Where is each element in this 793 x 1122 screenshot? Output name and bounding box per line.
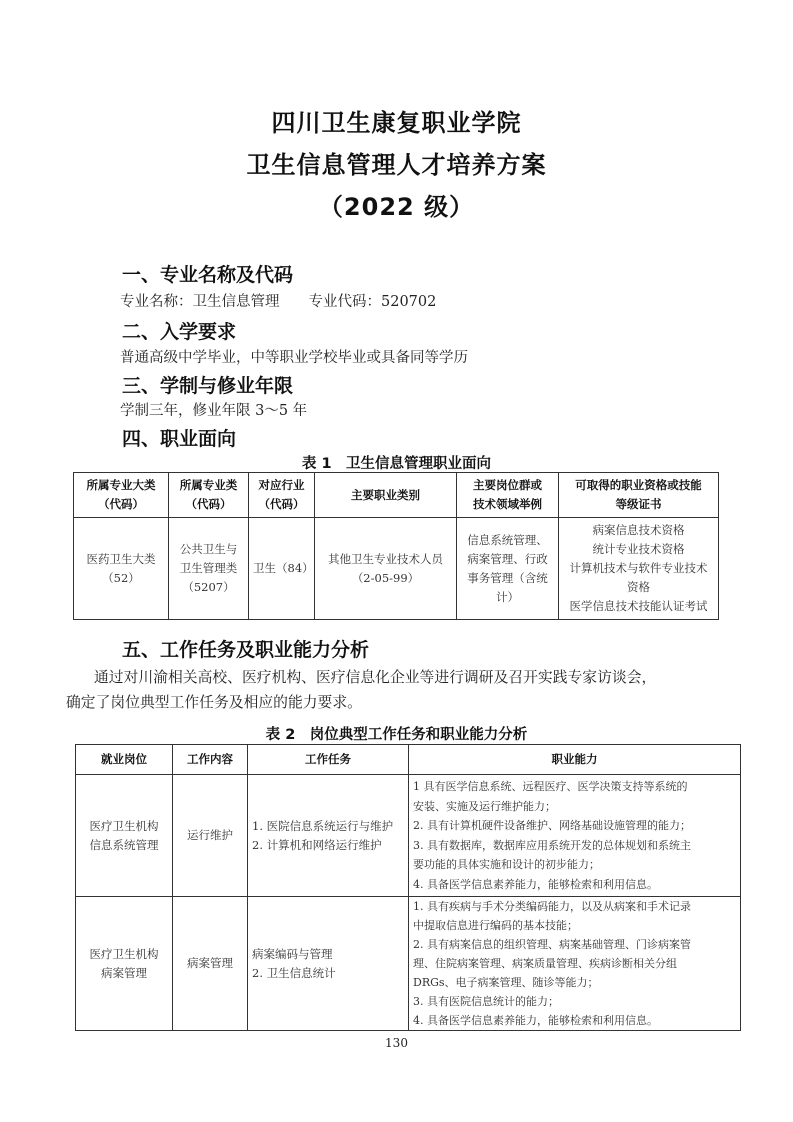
cell-certificates: 病案信息技术资格统计专业技术资格计算机技术与软件专业技术资格医学信息技术技能认证… — [559, 518, 719, 620]
table-row: 医疗卫生机构信息系统管理 运行维护 1. 医院信息系统运行与维护2. 计算机和网… — [76, 775, 741, 897]
cell-tasks: 1. 医院信息系统运行与维护2. 计算机和网络运行维护 — [248, 775, 409, 897]
document-title: 卫生信息管理人才培养方案 — [0, 145, 793, 180]
cell-tasks: 病案编码与管理2. 卫生信息统计 — [248, 897, 409, 1031]
task-ability-table: 就业岗位 工作内容 工作任务 职业能力 医疗卫生机构信息系统管理 运行维护 1.… — [75, 744, 741, 1031]
section-heading-major: 一、专业名称及代码 — [122, 260, 293, 287]
school-title: 四川卫生康复职业学院 — [0, 103, 793, 138]
grade-label: （2022 级） — [0, 187, 793, 222]
section-heading-duration: 三、学制与修业年限 — [122, 371, 293, 398]
table1-header-certificates: 可取得的职业资格或技能等级证书 — [559, 473, 719, 518]
cell-category: 医药卫生大类（52） — [74, 518, 169, 620]
table1-header-row: 所属专业大类（代码） 所属专业类（代码） 对应行业（代码） 主要职业类别 主要岗… — [74, 473, 719, 518]
table1-header-positions: 主要岗位群或技术领域举例 — [457, 473, 559, 518]
tasks-intro-line1: 通过对川渝相关高校、医疗机构、医疗信息化企业等进行调研及召开实践专家访谈会， — [94, 666, 656, 687]
table1-header-occupation: 主要职业类别 — [315, 473, 457, 518]
cell-post: 医疗卫生机构信息系统管理 — [76, 775, 173, 897]
table1-header-category: 所属专业大类（代码） — [74, 473, 169, 518]
table2-header-tasks: 工作任务 — [248, 745, 409, 775]
table1-caption: 表 1 卫生信息管理职业面向 — [0, 452, 793, 473]
cell-occupation: 其他卫生专业技术人员（2-05-99） — [315, 518, 457, 620]
table2-header-post: 就业岗位 — [76, 745, 173, 775]
table-row: 医疗卫生机构病案管理 病案管理 病案编码与管理2. 卫生信息统计 1. 具有疾病… — [76, 897, 741, 1031]
table1-header-industry: 对应行业（代码） — [249, 473, 315, 518]
section-heading-admission: 二、入学要求 — [122, 317, 236, 344]
table-row: 医药卫生大类（52） 公共卫生与卫生管理类（5207） 卫生（84） 其他卫生专… — [74, 518, 719, 620]
page-number: 130 — [0, 1036, 793, 1050]
cell-content: 运行维护 — [173, 775, 248, 897]
section-heading-career: 四、职业面向 — [122, 424, 236, 451]
cell-subcategory: 公共卫生与卫生管理类（5207） — [169, 518, 249, 620]
duration-text: 学制三年，修业年限 3～5 年 — [120, 399, 307, 420]
admission-text: 普通高级中学毕业，中等职业学校毕业或具备同等学历 — [120, 346, 468, 367]
table2-header-content: 工作内容 — [173, 745, 248, 775]
table1-header-subcategory: 所属专业类（代码） — [169, 473, 249, 518]
career-orientation-table: 所属专业大类（代码） 所属专业类（代码） 对应行业（代码） 主要职业类别 主要岗… — [73, 472, 719, 620]
cell-content: 病案管理 — [173, 897, 248, 1031]
table2-caption: 表 2 岗位典型工作任务和职业能力分析 — [0, 723, 793, 744]
cell-post: 医疗卫生机构病案管理 — [76, 897, 173, 1031]
cell-abilities: 1 具有医学信息系统、远程医疗、医学决策支持等系统的安装、实施及运行维护能力；2… — [409, 775, 741, 897]
cell-abilities: 1. 具有疾病与手术分类编码能力，以及从病案和手术记录中提取信息进行编码的基本技… — [409, 897, 741, 1031]
cell-positions: 信息系统管理、病案管理、行政事务管理（含统计） — [457, 518, 559, 620]
tasks-intro-line2: 确定了岗位典型工作任务及相应的能力要求。 — [66, 691, 362, 712]
cell-industry: 卫生（84） — [249, 518, 315, 620]
table2-header-row: 就业岗位 工作内容 工作任务 职业能力 — [76, 745, 741, 775]
major-info-text: 专业名称：卫生信息管理 专业代码：520702 — [120, 290, 436, 311]
section-heading-tasks: 五、工作任务及职业能力分析 — [122, 635, 369, 662]
table2-header-abilities: 职业能力 — [409, 745, 741, 775]
